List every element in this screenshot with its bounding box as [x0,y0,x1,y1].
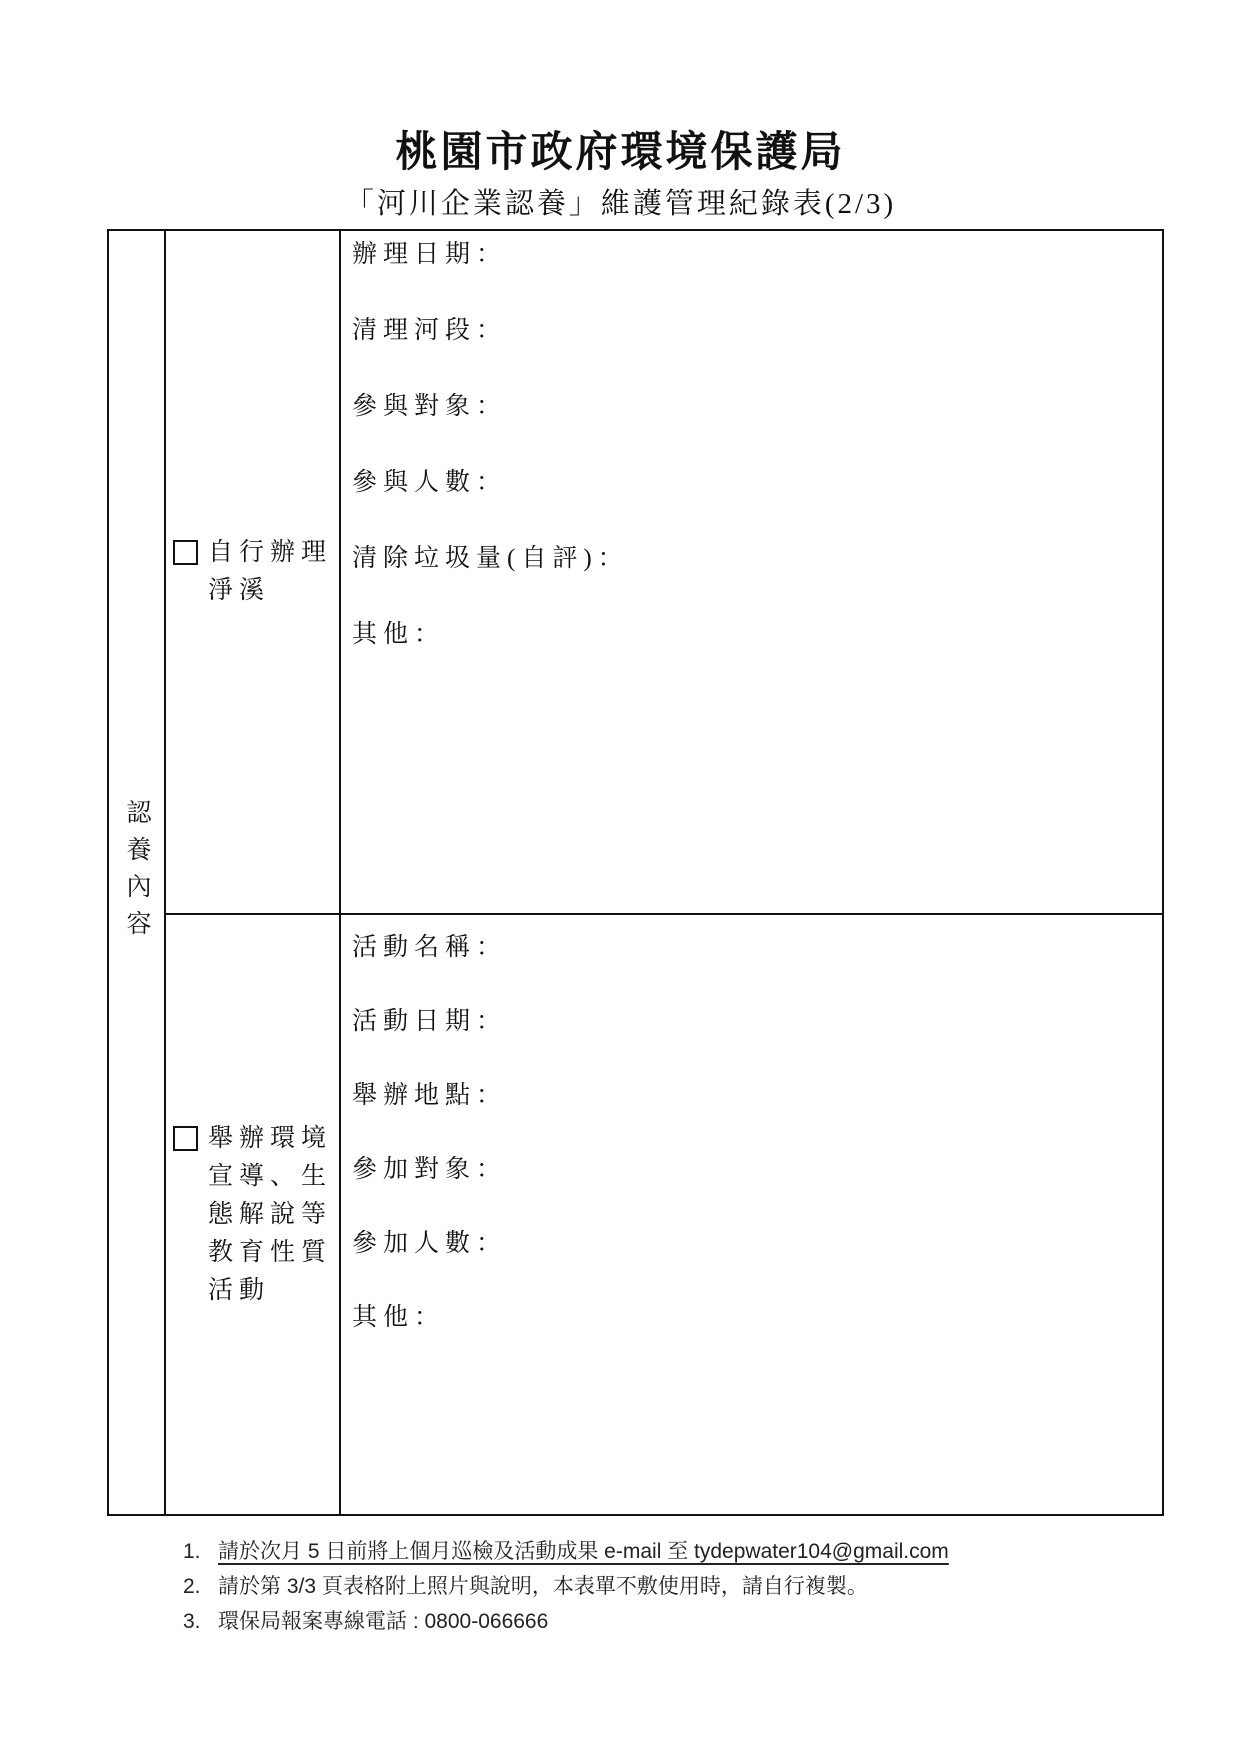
row-header-cell: 認養內容 [109,231,166,1514]
field-participants-count: 參與人數： [352,469,1162,545]
section-self-stream-cleanup: 自行辦理淨溪 辦理日期： 清理河段： 參與對象： 參與人數： 清除垃圾量(自評)… [166,231,1162,915]
field-activity-name: 活動名稱： [352,934,1162,1008]
self-cleanup-fields-cell: 辦理日期： 清理河段： 參與對象： 參與人數： 清除垃圾量(自評)： 其他： [341,231,1162,913]
document-page: 桃園市政府環境保護局 「河川企業認養」維護管理紀錄表(2/3) 認養內容 自行辦… [0,0,1241,1755]
field-other: 其他： [352,621,1162,697]
note-text-hotline: 環保局報案專線電話 : 0800-066666 [218,1611,548,1633]
note-number: 1. [183,1541,218,1563]
education-activity-option-cell: 舉辦環境宣導、生態解說等教育性質活動 [166,915,341,1514]
self-cleanup-option: 自行辦理淨溪 [173,534,334,610]
education-activity-checkbox[interactable] [173,1126,198,1151]
note-text-email: 請於次月 5 日前將上個月巡檢及活動成果 e-mail 至 tydepwater… [218,1541,949,1563]
field-cleaned-river-section: 清理河段： [352,317,1162,393]
table-rows: 自行辦理淨溪 辦理日期： 清理河段： 參與對象： 參與人數： 清除垃圾量(自評)… [166,231,1162,1514]
field-activity-participants-count: 參加人數： [352,1230,1162,1304]
section-education-activity: 舉辦環境宣導、生態解說等教育性質活動 活動名稱： 活動日期： 舉辦地點： 參加對… [166,915,1162,1514]
field-handling-date: 辦理日期： [352,241,1162,317]
footer-notes: 1. 請於次月 5 日前將上個月巡檢及活動成果 e-mail 至 tydepwa… [183,1541,949,1646]
education-activity-option: 舉辦環境宣導、生態解說等教育性質活動 [173,1120,334,1310]
record-table: 認養內容 自行辦理淨溪 辦理日期： 清理河段： 參與對象： 參與人數： 清除垃圾… [107,229,1164,1516]
note-hotline: 3. 環保局報案專線電話 : 0800-066666 [183,1611,949,1633]
field-garbage-removed: 清除垃圾量(自評)： [352,545,1162,621]
note-number: 2. [183,1576,218,1598]
self-cleanup-checkbox[interactable] [173,540,198,565]
note-photo-attachment: 2. 請於第 3/3 頁表格附上照片與說明，本表單不敷使用時，請自行複製。 [183,1576,949,1598]
field-activity-other: 其他： [352,1304,1162,1378]
self-cleanup-label: 自行辦理淨溪 [208,534,334,610]
education-activity-fields-cell: 活動名稱： 活動日期： 舉辦地點： 參加對象： 參加人數： 其他： [341,915,1162,1514]
self-cleanup-option-cell: 自行辦理淨溪 [166,231,341,913]
education-activity-label: 舉辦環境宣導、生態解說等教育性質活動 [208,1120,334,1310]
field-participants-type: 參與對象： [352,393,1162,469]
row-header-label: 認養內容 [108,799,165,947]
note-text-photos: 請於第 3/3 頁表格附上照片與說明，本表單不敷使用時，請自行複製。 [218,1576,868,1598]
note-email-submission: 1. 請於次月 5 日前將上個月巡檢及活動成果 e-mail 至 tydepwa… [183,1541,949,1563]
page-subtitle: 「河川企業認養」維護管理紀錄表(2/3) [0,186,1241,222]
note-number: 3. [183,1611,218,1633]
field-activity-participants-type: 參加對象： [352,1156,1162,1230]
field-activity-date: 活動日期： [352,1008,1162,1082]
field-activity-location: 舉辦地點： [352,1082,1162,1156]
page-title: 桃園市政府環境保護局 [0,128,1241,178]
